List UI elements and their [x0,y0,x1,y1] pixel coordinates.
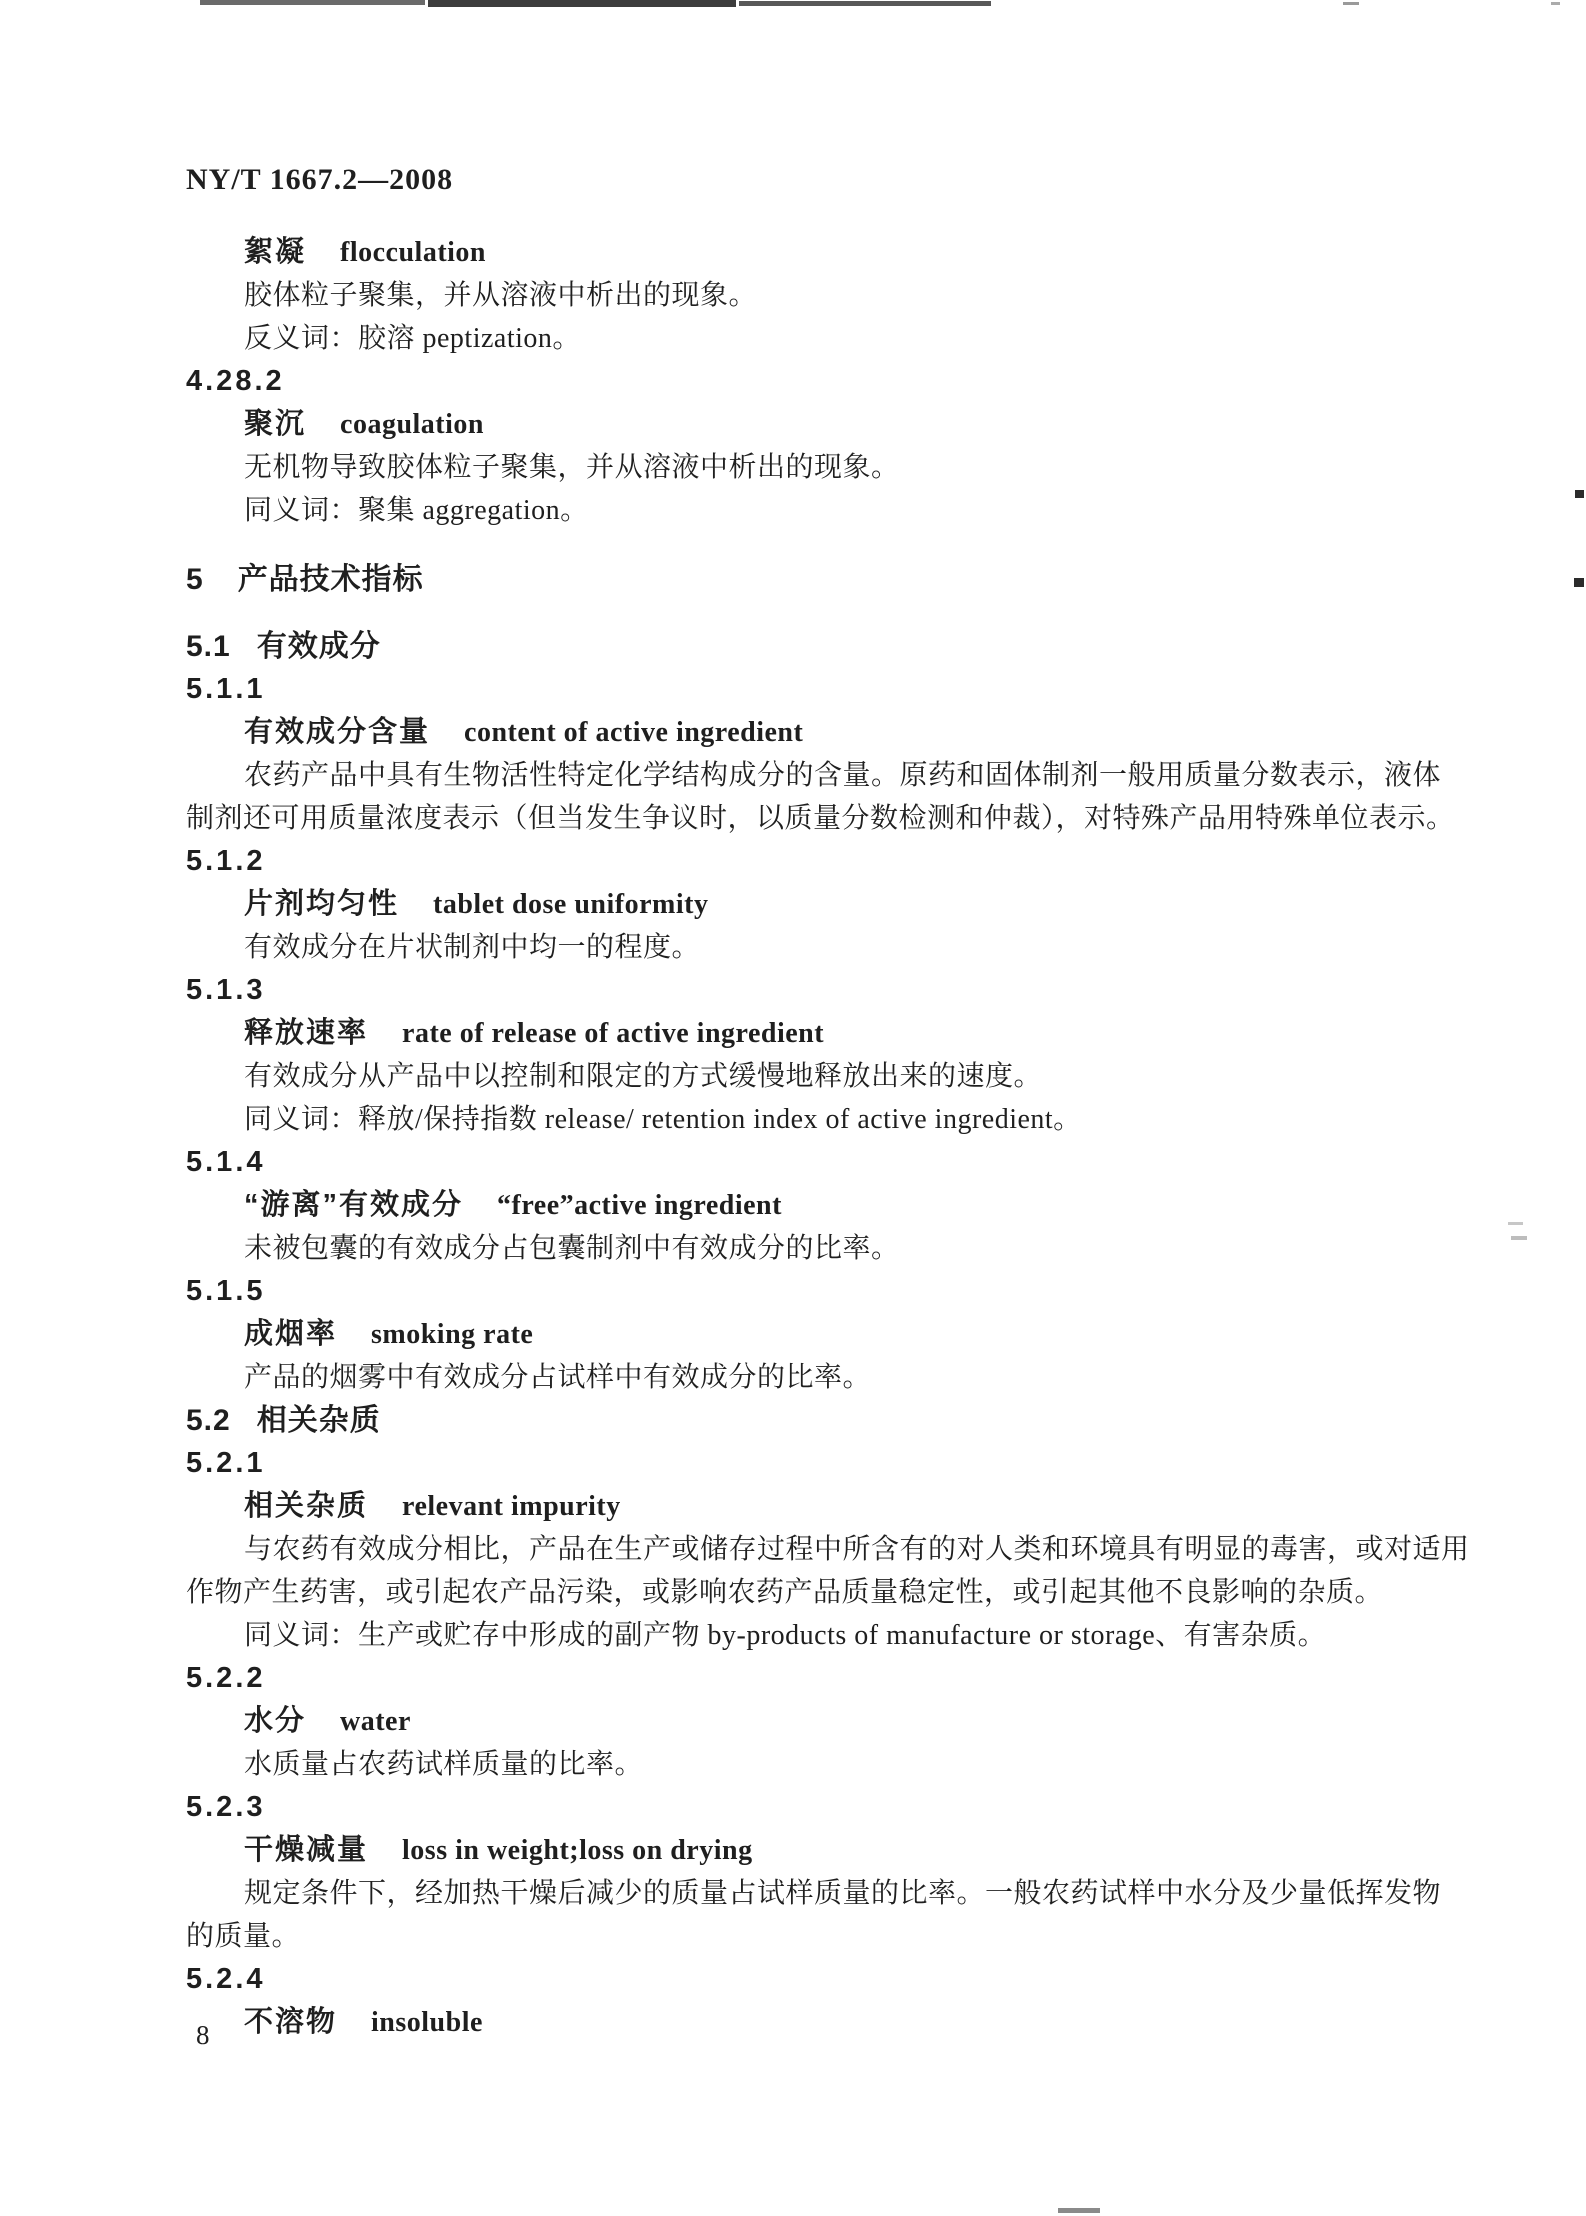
synonym-line: 同义词：生产或贮存中形成的副产物 by-products of manufact… [186,1614,1476,1657]
scan-artifact-tick [1551,2,1560,5]
term-line: 不溶物insoluble [186,2001,1476,2044]
term-en: tablet dose uniformity [433,889,708,920]
definition-text: 胶体粒子聚集，并从溶液中析出的现象。 [186,274,1476,317]
antonym-line: 反义词：胶溶 peptization。 [186,317,1476,360]
term-en: smoking rate [371,1319,533,1350]
definition-text: 作物产生药害，或引起农产品污染，或影响农药产品质量稳定性，或引起其他不良影响的杂… [186,1571,1476,1614]
term-line: 聚沉coagulation [186,403,1476,446]
clause-number: 4.28.2 [186,360,1476,403]
definition-text: 产品的烟雾中有效成分占试样中有效成分的比率。 [186,1356,1476,1399]
clause-number: 5.1.3 [186,969,1476,1012]
section-heading: 5产品技术指标 [186,558,1476,601]
clause-number: 5.1.4 [186,1141,1476,1184]
term-line: 成烟率smoking rate [186,1313,1476,1356]
page-content: NY/T 1667.2—2008 絮凝flocculation 胶体粒子聚集，并… [186,158,1476,2044]
term-en: loss in weight;loss on drying [402,1835,753,1866]
subsection-title: 有效成分 [257,630,381,663]
page-number: 8 [196,2020,210,2051]
subsection-title: 相关杂质 [257,1404,381,1437]
scan-artifact-top-band [428,0,736,7]
scan-artifact-speck [1511,1236,1527,1240]
synonym-line: 同义词：释放/保持指数 release/ retention index of … [186,1098,1476,1141]
doc-code-header: NY/T 1667.2—2008 [186,158,1476,201]
clause-number: 5.1.1 [186,668,1476,711]
clause-number: 5.2.2 [186,1657,1476,1700]
section-number: 5 [186,558,204,601]
definition-text: 的质量。 [186,1915,1476,1958]
term-cn: 干燥减量 [244,1834,368,1866]
scan-artifact-speck [1575,490,1584,498]
term-cn: 不溶物 [244,2006,337,2038]
subsection-number: 5.2 [186,1399,231,1442]
clause-number: 5.2.3 [186,1786,1476,1829]
section-title: 产品技术指标 [238,563,424,596]
subsection-heading: 5.2相关杂质 [186,1399,1476,1442]
scan-artifact-speck [1574,578,1584,587]
term-line: 片剂均匀性tablet dose uniformity [186,883,1476,926]
definition-text: 有效成分从产品中以控制和限定的方式缓慢地释放出来的速度。 [186,1055,1476,1098]
term-cn: “游离”有效成分 [244,1189,463,1221]
term-en: insoluble [371,2007,483,2038]
definition-text: 水质量占农药试样质量的比率。 [186,1743,1476,1786]
term-line: 水分water [186,1700,1476,1743]
term-cn: 片剂均匀性 [244,888,399,920]
term-line: 絮凝flocculation [186,231,1476,274]
scan-artifact-tick [1343,2,1359,5]
definition-text: 与农药有效成分相比，产品在生产或储存过程中所含有的对人类和环境具有明显的毒害，或… [186,1528,1476,1571]
clause-number: 5.2.4 [186,1958,1476,2001]
term-en: coagulation [340,409,484,440]
clause-number: 5.2.1 [186,1442,1476,1485]
term-cn: 水分 [244,1705,306,1737]
term-en: flocculation [340,237,486,268]
term-line: 有效成分含量content of active ingredient [186,711,1476,754]
term-cn: 聚沉 [244,408,306,440]
definition-text: 无机物导致胶体粒子聚集，并从溶液中析出的现象。 [186,446,1476,489]
scan-artifact-top-band [739,1,991,6]
scan-artifact-bottom-dash [1058,2208,1100,2213]
term-cn: 相关杂质 [244,1490,368,1522]
synonym-line: 同义词：聚集 aggregation。 [186,489,1476,532]
term-line: 干燥减量loss in weight;loss on drying [186,1829,1476,1872]
term-cn: 成烟率 [244,1318,337,1350]
definition-text: 制剂还可用质量浓度表示（但当发生争议时，以质量分数检测和仲裁），对特殊产品用特殊… [186,797,1476,840]
clause-number: 5.1.2 [186,840,1476,883]
term-en: water [340,1706,411,1737]
term-en: rate of release of active ingredient [402,1018,824,1049]
subsection-number: 5.1 [186,625,231,668]
term-cn: 有效成分含量 [244,716,430,748]
definition-text: 农药产品中具有生物活性特定化学结构成分的含量。原药和固体制剂一般用质量分数表示，… [186,754,1476,797]
term-line: 释放速率rate of release of active ingredient [186,1012,1476,1055]
definition-text: 有效成分在片状制剂中均一的程度。 [186,926,1476,969]
term-en: “free”active ingredient [497,1190,782,1221]
definition-text: 未被包囊的有效成分占包囊制剂中有效成分的比率。 [186,1227,1476,1270]
clause-number: 5.1.5 [186,1270,1476,1313]
scan-artifact-top-band [200,0,425,5]
term-en: relevant impurity [402,1491,621,1522]
definition-text: 规定条件下，经加热干燥后减少的质量占试样质量的比率。一般农药试样中水分及少量低挥… [186,1872,1476,1915]
term-en: content of active ingredient [464,717,803,748]
term-cn: 絮凝 [244,236,306,268]
subsection-heading: 5.1有效成分 [186,625,1476,668]
document-page: NY/T 1667.2—2008 絮凝flocculation 胶体粒子聚集，并… [0,0,1586,2216]
term-cn: 释放速率 [244,1017,368,1049]
term-line: 相关杂质relevant impurity [186,1485,1476,1528]
scan-artifact-speck [1508,1222,1523,1225]
term-line: “游离”有效成分“free”active ingredient [186,1184,1476,1227]
